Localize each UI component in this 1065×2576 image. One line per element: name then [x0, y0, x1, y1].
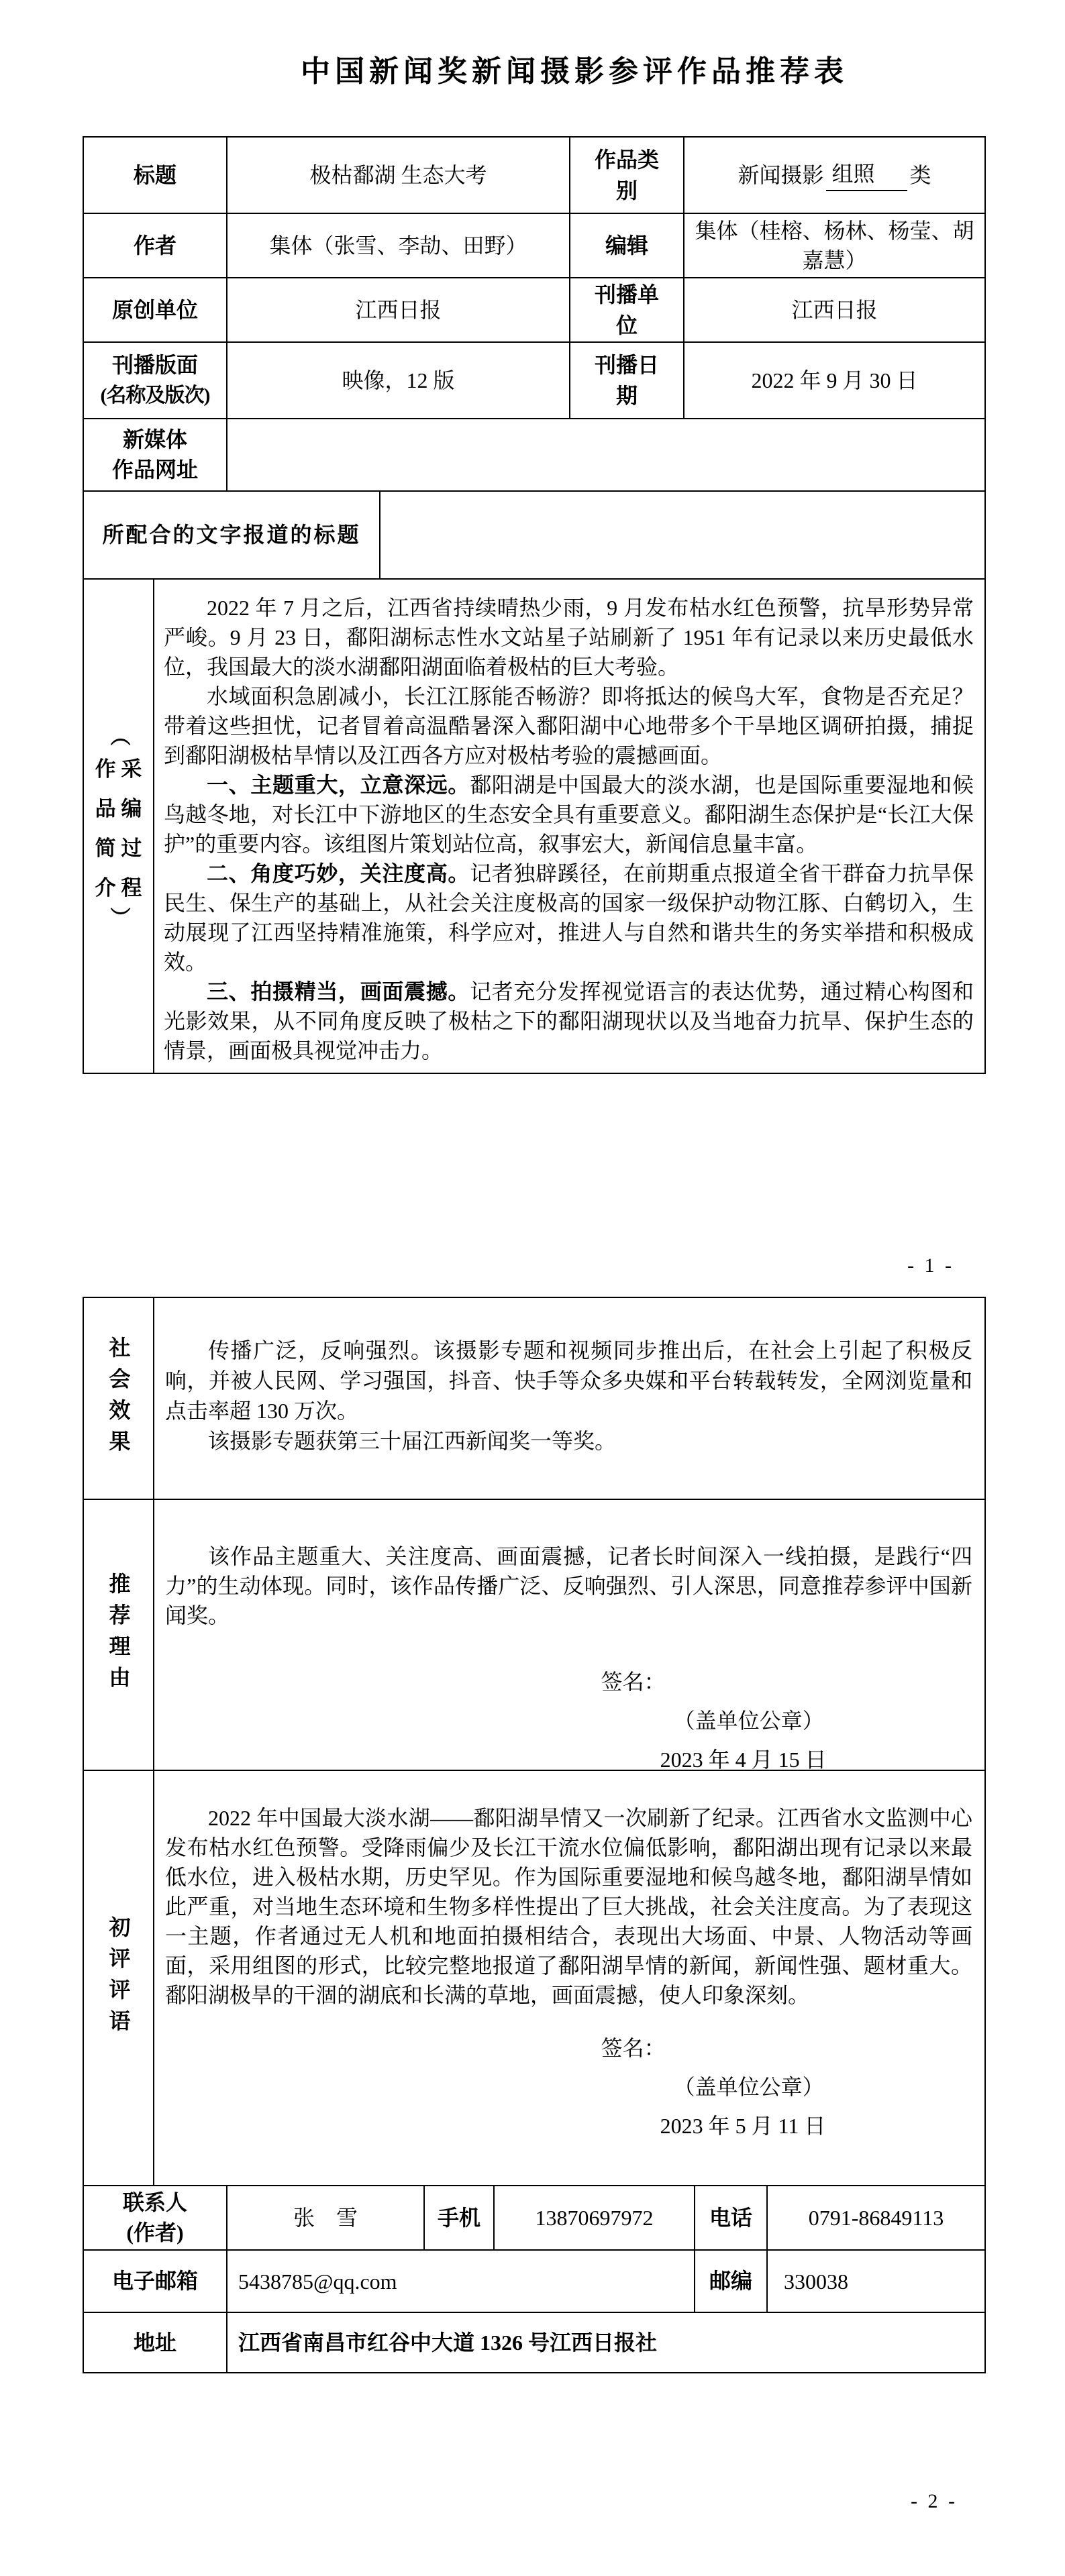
table-row: 地址 江西省南昌市红谷中大道 1326 号江西日报社	[84, 2313, 984, 2372]
table-row: 所配合的文字报道的标题	[84, 492, 984, 580]
recommendation-label: 推荐理由	[84, 1500, 153, 1770]
intro-paragraph: 二、角度巧妙，关注度高。记者独辟蹊径，在前期重点报道全省干群奋力抗旱保民生、保生…	[164, 859, 974, 977]
new-media-label: 新媒体 作品网址	[84, 419, 226, 490]
intro-paragraph: 三、拍摄精当，画面震撼。记者充分发挥视觉语言的表达优势，通过精心构图和光影效果，…	[164, 977, 974, 1065]
table-row: 社会效果 传播广泛，反响强烈。该摄影专题和视频同步推出后，在社会上引起了积极反响…	[84, 1298, 984, 1500]
signature-block: 签名： （盖单位公章） 2023 年 5 月 11 日	[601, 2029, 972, 2145]
page-title: 中国新闻奖新闻摄影参评作品推荐表	[85, 47, 1064, 90]
bracket-bottom: ）	[107, 907, 130, 927]
category-prefix: 新闻摄影	[738, 160, 823, 190]
author-label: 作者	[84, 214, 226, 277]
intro-label: （ 作 采 品 编 简 过 介 程 ）	[84, 580, 153, 1073]
page-number-1: - 1 -	[907, 1254, 954, 1277]
entry-info-table: 标题 极枯鄱湖 生态大考 作品类别 新闻摄影组照类 作者 集体（张雪、李劼、田野…	[83, 136, 986, 1074]
phone-value: 0791-86849113	[766, 2186, 984, 2249]
document-page: 中国新闻奖新闻摄影参评作品推荐表 标题 极枯鄱湖 生态大考 作品类别 新闻摄影组…	[0, 0, 1065, 2576]
editor-value: 集体（桂榕、杨林、杨莹、胡嘉慧）	[683, 214, 984, 277]
review-text: 2022 年中国最大淡水湖——鄱阳湖旱情又一次刷新了纪录。江西省水文监测中心发布…	[153, 1771, 984, 2185]
category-label: 作品类别	[569, 138, 683, 213]
recommendation-text: 该作品主题重大、关注度高、画面震撼，记者长时间深入一线拍摄，是践行“四力”的生动…	[153, 1500, 984, 1770]
social-paragraph: 传播广泛，反响强烈。该摄影专题和视频同步推出后，在社会上引起了积极反响，并被人民…	[165, 1336, 972, 1426]
publish-date-value: 2022 年 9 月 30 日	[683, 343, 984, 418]
table-row: （ 作 采 品 编 简 过 介 程 ） 2022 年 7 月之后，江西省持续晴热…	[84, 580, 984, 1073]
category-suffix: 类	[910, 160, 931, 190]
layout-label: 刊播版面 (名称及版次)	[84, 343, 226, 418]
intro-paragraph: 一、主题重大，立意深远。鄱阳湖是中国最大的淡水湖，也是国际重要湿地和候鸟越冬地，…	[164, 770, 974, 859]
category-fill-in: 组照	[826, 159, 907, 191]
evaluation-table: 社会效果 传播广泛，反响强烈。该摄影专题和视频同步推出后，在社会上引起了积极反响…	[83, 1297, 986, 2373]
table-row: 刊播版面 (名称及版次) 映像，12 版 刊播日期 2022 年 9 月 30 …	[84, 343, 984, 419]
original-unit-value: 江西日报	[226, 278, 569, 341]
title-value: 极枯鄱湖 生态大考	[226, 138, 569, 213]
intro-text: 2022 年 7 月之后，江西省持续晴热少雨，9 月发布枯水红色预警，抗旱形势异…	[153, 580, 984, 1073]
category-value: 新闻摄影组照类	[683, 138, 984, 213]
author-value: 集体（张雪、李劼、田野）	[226, 214, 569, 277]
sign-label: 签名：	[601, 1662, 972, 1701]
title-label: 标题	[84, 138, 226, 213]
new-media-value	[226, 419, 984, 490]
address-label: 地址	[84, 2313, 226, 2372]
table-row: 原创单位 江西日报 刊播单位 江西日报	[84, 278, 984, 343]
publish-unit-value: 江西日报	[683, 278, 984, 341]
publish-date-label: 刊播日期	[569, 343, 683, 418]
email-label: 电子邮箱	[84, 2251, 226, 2312]
table-row: 新媒体 作品网址	[84, 419, 984, 492]
social-effect-label: 社会效果	[84, 1298, 153, 1499]
text-report-label: 所配合的文字报道的标题	[84, 492, 379, 578]
contact-name: 张 雪	[226, 2186, 423, 2249]
table-row: 推荐理由 该作品主题重大、关注度高、画面震撼，记者长时间深入一线拍摄，是践行“四…	[84, 1500, 984, 1771]
table-row: 初评评语 2022 年中国最大淡水湖——鄱阳湖旱情又一次刷新了纪录。江西省水文监…	[84, 1771, 984, 2186]
address-value: 江西省南昌市红谷中大道 1326 号江西日报社	[226, 2313, 984, 2372]
sign-label: 签名：	[601, 2029, 972, 2068]
bracket-top: （	[107, 726, 130, 746]
mobile-label: 手机	[423, 2186, 493, 2249]
intro-paragraph: 2022 年 7 月之后，江西省持续晴热少雨，9 月发布枯水红色预警，抗旱形势异…	[164, 593, 974, 682]
table-row: 电子邮箱 5438785@qq.com 邮编 330038	[84, 2251, 984, 2313]
page-number-2: - 2 -	[911, 2490, 958, 2513]
layout-value: 映像，12 版	[226, 343, 569, 418]
editor-label: 编辑	[569, 214, 683, 277]
zip-label: 邮编	[694, 2251, 766, 2312]
social-paragraph: 该摄影专题获第三十届江西新闻奖一等奖。	[165, 1426, 972, 1456]
mobile-value: 13870697972	[493, 2186, 694, 2249]
text-report-value	[379, 492, 984, 578]
contact-label: 联系人 (作者)	[84, 2186, 226, 2249]
table-row: 标题 极枯鄱湖 生态大考 作品类别 新闻摄影组照类	[84, 138, 984, 214]
review-label: 初评评语	[84, 1771, 153, 2185]
signature-block: 签名： （盖单位公章） 2023 年 4 月 15 日	[601, 1662, 972, 1770]
zip-value: 330038	[766, 2251, 984, 2312]
seal-note: （盖单位公章）	[601, 1701, 972, 1740]
seal-note: （盖单位公章）	[601, 2068, 972, 2106]
sign-date: 2023 年 4 月 15 日	[601, 1740, 972, 1770]
intro-paragraph: 水域面积急剧减小，长江江豚能否畅游？即将抵达的候鸟大军，食物是否充足？带着这些担…	[164, 682, 974, 770]
phone-label: 电话	[694, 2186, 766, 2249]
email-value: 5438785@qq.com	[226, 2251, 694, 2312]
social-effect-text: 传播广泛，反响强烈。该摄影专题和视频同步推出后，在社会上引起了积极反响，并被人民…	[153, 1298, 984, 1499]
sign-date: 2023 年 5 月 11 日	[601, 2106, 972, 2145]
publish-unit-label: 刊播单位	[569, 278, 683, 341]
table-row: 作者 集体（张雪、李劼、田野） 编辑 集体（桂榕、杨林、杨莹、胡嘉慧）	[84, 214, 984, 278]
table-row: 联系人 (作者) 张 雪 手机 13870697972 电话 0791-8684…	[84, 2186, 984, 2251]
original-unit-label: 原创单位	[84, 278, 226, 341]
